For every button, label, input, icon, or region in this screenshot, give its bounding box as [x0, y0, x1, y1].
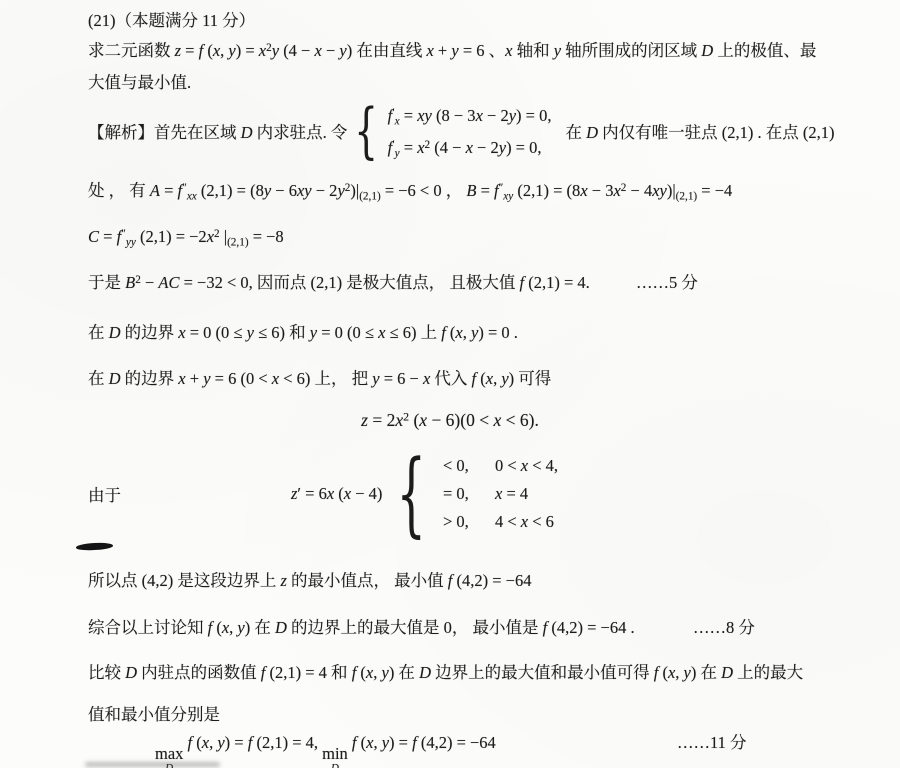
discriminant-text: 于是 B2 − AC = −32 < 0, 因而点 (2,1) 是极大值点， 且… — [88, 273, 590, 292]
case-condition: < 0, — [443, 452, 495, 480]
boundary-zero-line: 在 D 的边界 x = 0 (0 ≤ y ≤ 6) 和 y = 0 (0 ≤ x… — [88, 320, 518, 345]
final-conclusion-line: maxD f (x, y) = f (2,1) = 4, minD f (x, … — [155, 730, 875, 768]
second-derivative-C-line: C = f″yy (2,1) = −2x2 |(2,1) = −8 — [88, 224, 284, 249]
derivative-cases: < 0, 0 < x < 4, = 0, x = 4 > 0, 4 < x < … — [443, 452, 558, 536]
problem-statement-line-2: 大值与最小值. — [88, 70, 191, 95]
problem-number-header: (21)（本题满分 11 分） — [88, 8, 255, 33]
problem-statement-line-1: 求二元函数 z = f (x, y) = x2y (4 − x − y) 在由直… — [88, 38, 816, 63]
analysis-lead-text: 【解析】首先在区域 D 内求驻点. 令 — [88, 119, 347, 143]
score-mark-5: ……5 分 — [636, 270, 698, 295]
max-min-formula: maxD f (x, y) = f (2,1) = 4, minD f (x, … — [155, 733, 496, 752]
partial-derivative-fy: f′y = x2 (4 − x − 2y) = 0, — [388, 135, 552, 160]
derivative-case-zero: = 0, x = 4 — [443, 480, 558, 508]
discriminant-conclusion-line: 于是 B2 − AC = −32 < 0, 因而点 (2,1) 是极大值点， 且… — [88, 270, 888, 295]
scan-smudge-dash — [76, 542, 113, 551]
because-lead-text: 由于 — [88, 482, 121, 506]
boundary-summary-line: 综合以上讨论知 f (x, y) 在 D 的边界上的最大值是 0， 最小值是 f… — [88, 615, 888, 640]
case-condition: > 0, — [443, 508, 495, 536]
left-brace-glyph: { — [397, 450, 426, 538]
partial-derivative-system: f′x = xy (8 − 3x − 2y) = 0, f′y = x2 (4 … — [388, 103, 552, 160]
analysis-stationary-point-row: 【解析】首先在区域 D 内求驻点. 令 { f′x = xy (8 − 3x −… — [88, 98, 835, 164]
boundary-summary-text: 综合以上讨论知 f (x, y) 在 D 的边界上的最大值是 0， 最小值是 f… — [88, 618, 635, 637]
derivative-case-negative: < 0, 0 < x < 4, — [443, 452, 558, 480]
score-mark-11: ……11 分 — [677, 730, 747, 755]
case-range: 0 < x < 4, — [495, 452, 558, 480]
left-brace-glyph: { — [355, 102, 379, 160]
second-derivative-AB-line: 处 ， 有 A = f″xx (2,1) = (8y − 6xy − 2y2)|… — [88, 178, 732, 203]
derivative-expression: z′ = 6x (x − 4) — [291, 484, 382, 504]
derivative-case-positive: > 0, 4 < x < 6 — [443, 508, 558, 536]
boundary-equation: z = 2x2 (x − 6)(0 < x < 6). — [0, 410, 900, 431]
derivative-sign-row: 由于 z′ = 6x (x − 4) { < 0, 0 < x < 4, = 0… — [88, 450, 558, 538]
score-mark-8: ……8 分 — [693, 615, 755, 640]
analysis-tail-text: 在 D 内仅有唯一驻点 (2,1) . 在点 (2,1) — [565, 119, 834, 143]
case-range: x = 4 — [495, 480, 558, 508]
comparison-line-2: 值和最小值分别是 — [88, 702, 220, 727]
boundary-substitution-line: 在 D 的边界 x + y = 6 (0 < x < 6) 上， 把 y = 6… — [88, 366, 551, 391]
document-page: (21)（本题满分 11 分） 求二元函数 z = f (x, y) = x2y… — [0, 0, 900, 768]
partial-derivative-fx: f′x = xy (8 − 3x − 2y) = 0, — [388, 103, 552, 128]
scan-bottom-smudge — [85, 762, 220, 767]
comparison-line-1: 比较 D 内驻点的函数值 f (2,1) = 4 和 f (x, y) 在 D … — [88, 660, 803, 685]
boundary-min-point-line: 所以点 (4,2) 是这段边界上 z 的最小值点， 最小值 f (4,2) = … — [88, 568, 532, 593]
case-condition: = 0, — [443, 480, 495, 508]
case-range: 4 < x < 6 — [495, 508, 558, 536]
